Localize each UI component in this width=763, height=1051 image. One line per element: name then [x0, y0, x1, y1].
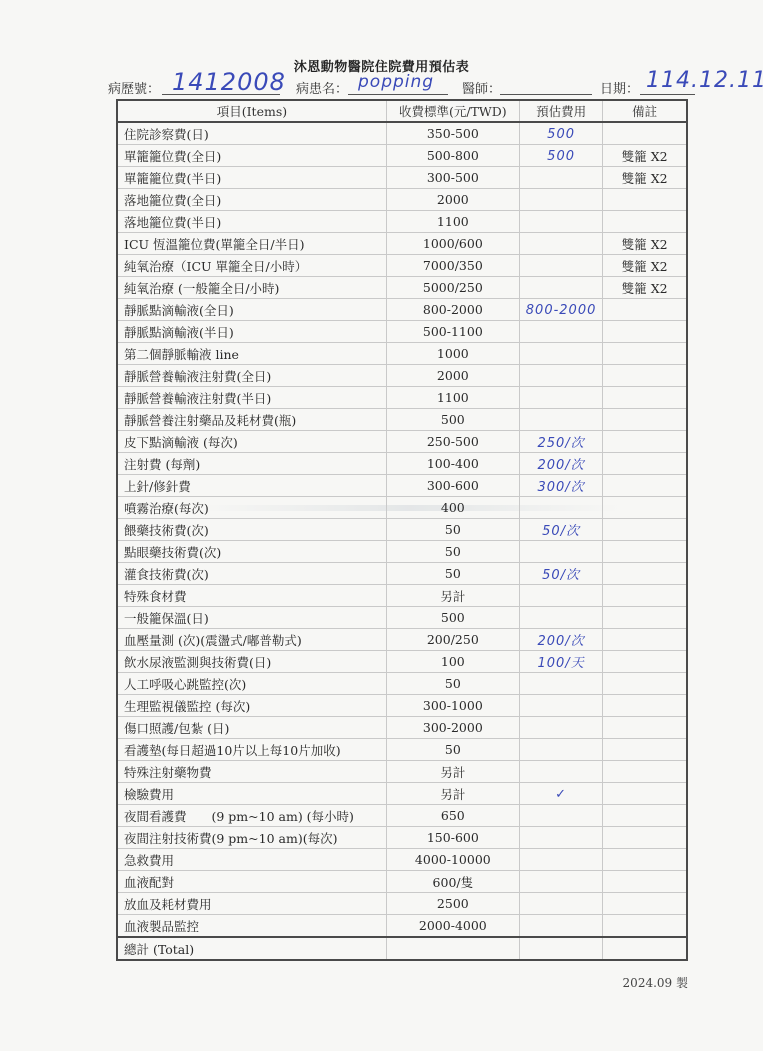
standard-cell: 500-800	[386, 145, 519, 167]
note-cell[interactable]	[603, 607, 687, 629]
standard-cell: 1000/600	[386, 233, 519, 255]
table-row: 一般籠保溫(日)500	[117, 607, 687, 629]
standard-cell: 50	[386, 541, 519, 563]
item-cell: 檢驗費用	[117, 783, 386, 805]
item-cell: 血液製品監控	[117, 915, 386, 938]
header-fields: 病歷號： 1412008 病患名： popping 醫師： 日期： 114.12…	[0, 72, 763, 98]
standard-cell: 800-2000	[386, 299, 519, 321]
record-no-value[interactable]: 1412008	[172, 68, 286, 96]
table-row: 落地籠位費(半日)1100	[117, 211, 687, 233]
estimate-cell[interactable]	[519, 189, 603, 211]
note-cell[interactable]	[603, 211, 687, 233]
estimate-cell[interactable]	[519, 211, 603, 233]
item-cell: 點眼藥技術費(次)	[117, 541, 386, 563]
total-row: 總計 (Total)	[117, 937, 687, 960]
note-cell[interactable]	[603, 651, 687, 673]
item-cell: 靜脈營養輸液注射費(全日)	[117, 365, 386, 387]
note-cell[interactable]	[603, 431, 687, 453]
estimate-cell[interactable]	[519, 387, 603, 409]
estimate-cell[interactable]	[519, 695, 603, 717]
standard-cell: 1100	[386, 387, 519, 409]
estimate-cell[interactable]	[519, 805, 603, 827]
item-cell: 靜脈營養輸液注射費(半日)	[117, 387, 386, 409]
standard-cell: 2500	[386, 893, 519, 915]
standard-cell: 另計	[386, 585, 519, 607]
note-cell[interactable]	[603, 761, 687, 783]
standard-cell: 1000	[386, 343, 519, 365]
item-cell: 飲水尿液監測與技術費(日)	[117, 651, 386, 673]
date-label: 日期：	[600, 78, 639, 97]
table-row: 噴霧治療(每次)400	[117, 497, 687, 519]
patient-name-label: 病患名：	[296, 78, 348, 97]
table-row: 夜間看護費 (9 pm~10 am) (每小時)650	[117, 805, 687, 827]
note-cell[interactable]	[603, 541, 687, 563]
doctor-underline	[500, 94, 592, 95]
patient-name-value[interactable]: popping	[358, 72, 434, 92]
table-row: 第二個靜脈輸液 line1000	[117, 343, 687, 365]
item-cell: 看護墊(每日超過10片以上每10片加收)	[117, 739, 386, 761]
estimate-cell[interactable]	[519, 717, 603, 739]
standard-cell: 500-1100	[386, 321, 519, 343]
table-row: 血液配對600/隻	[117, 871, 687, 893]
handwritten-estimate: 100/天	[537, 656, 584, 671]
estimate-cell[interactable]	[519, 409, 603, 431]
note-cell[interactable]: 雙籠 X2	[603, 233, 687, 255]
table-row: 注射費 (每劑)100-400200/次	[117, 453, 687, 475]
standard-cell: 200/250	[386, 629, 519, 651]
patient-name-underline	[348, 94, 448, 95]
standard-cell: 250-500	[386, 431, 519, 453]
table-row: 住院診察費(日)350-500500	[117, 122, 687, 145]
table-row: ICU 恆溫籠位費(單籠全日/半日)1000/600雙籠 X2	[117, 233, 687, 255]
table-row: 夜間注射技術費(9 pm~10 am)(每次)150-600	[117, 827, 687, 849]
estimate-cell[interactable]	[519, 827, 603, 849]
standard-cell: 300-2000	[386, 717, 519, 739]
item-cell: 灌食技術費(次)	[117, 563, 386, 585]
table-row: 餵藥技術費(次)5050/次	[117, 519, 687, 541]
standard-cell: 150-600	[386, 827, 519, 849]
item-cell: 血壓量測 (次)(震盪式/嘟普勒式)	[117, 629, 386, 651]
standard-cell: 650	[386, 805, 519, 827]
table-row: 皮下點滴輸液 (每次)250-500250/次	[117, 431, 687, 453]
table-row: 單籠籠位費(全日)500-800500雙籠 X2	[117, 145, 687, 167]
handwritten-estimate: ✓	[555, 787, 567, 802]
standard-cell: 300-1000	[386, 695, 519, 717]
note-cell[interactable]	[603, 563, 687, 585]
note-cell[interactable]	[603, 827, 687, 849]
standard-cell: 另計	[386, 761, 519, 783]
item-cell: 上針/修針費	[117, 475, 386, 497]
header-note: 備註	[603, 100, 687, 122]
footer-version: 2024.09 製	[623, 974, 688, 991]
note-cell[interactable]	[603, 365, 687, 387]
item-cell: 靜脈點滴輸液(全日)	[117, 299, 386, 321]
note-cell[interactable]	[603, 122, 687, 145]
table-row: 特殊食材費另計	[117, 585, 687, 607]
fee-estimate-table: 項目(Items) 收費標準(元/TWD) 預估費用 備註 住院診察費(日)35…	[116, 99, 688, 961]
note-cell[interactable]	[603, 717, 687, 739]
estimate-cell[interactable]	[519, 167, 603, 189]
estimate-cell[interactable]: 250/次	[519, 431, 603, 453]
note-cell[interactable]	[603, 673, 687, 695]
note-cell[interactable]	[603, 387, 687, 409]
estimate-cell[interactable]: 800-2000	[519, 299, 603, 321]
table-row: 純氧治療 (一般籠全日/小時)5000/250雙籠 X2	[117, 277, 687, 299]
standard-cell: 300-600	[386, 475, 519, 497]
standard-cell: 600/隻	[386, 871, 519, 893]
note-cell[interactable]	[603, 739, 687, 761]
estimate-cell[interactable]	[519, 277, 603, 299]
standard-cell: 400	[386, 497, 519, 519]
total-standard	[386, 937, 519, 960]
total-note[interactable]	[603, 937, 687, 960]
estimate-cell[interactable]	[519, 915, 603, 938]
table-row: 檢驗費用另計✓	[117, 783, 687, 805]
handwritten-estimate: 500	[547, 149, 575, 164]
item-cell: 人工呼吸心跳監控(次)	[117, 673, 386, 695]
table-row: 靜脈營養輸液注射費(半日)1100	[117, 387, 687, 409]
handwritten-estimate: 200/次	[537, 458, 584, 473]
standard-cell: 另計	[386, 783, 519, 805]
estimate-cell[interactable]: 200/次	[519, 453, 603, 475]
table-row: 上針/修針費300-600300/次	[117, 475, 687, 497]
date-value[interactable]: 114.12.11	[646, 68, 763, 93]
standard-cell: 350-500	[386, 122, 519, 145]
item-cell: 夜間注射技術費(9 pm~10 am)(每次)	[117, 827, 386, 849]
standard-cell: 500	[386, 607, 519, 629]
note-cell[interactable]	[603, 629, 687, 651]
note-cell[interactable]	[603, 497, 687, 519]
item-cell: 靜脈營養注射藥品及耗材費(瓶)	[117, 409, 386, 431]
table-row: 飲水尿液監測與技術費(日)100100/天	[117, 651, 687, 673]
estimate-cell[interactable]	[519, 321, 603, 343]
item-cell: 第二個靜脈輸液 line	[117, 343, 386, 365]
standard-cell: 50	[386, 563, 519, 585]
note-cell[interactable]	[603, 849, 687, 871]
note-cell[interactable]	[603, 915, 687, 938]
note-cell[interactable]	[603, 893, 687, 915]
handwritten-estimate: 50/次	[542, 524, 580, 539]
table-row: 生理監視儀監控 (每次)300-1000	[117, 695, 687, 717]
item-cell: 特殊食材費	[117, 585, 386, 607]
note-cell[interactable]	[603, 475, 687, 497]
item-cell: 住院診察費(日)	[117, 122, 386, 145]
item-cell: 急救費用	[117, 849, 386, 871]
note-cell[interactable]	[603, 453, 687, 475]
table-row: 靜脈點滴輸液(全日)800-2000800-2000	[117, 299, 687, 321]
standard-cell: 5000/250	[386, 277, 519, 299]
estimate-cell[interactable]	[519, 849, 603, 871]
table-body: 住院診察費(日)350-500500單籠籠位費(全日)500-800500雙籠 …	[117, 122, 687, 937]
note-cell[interactable]	[603, 783, 687, 805]
handwritten-estimate: 50/次	[542, 568, 580, 583]
note-cell[interactable]	[603, 189, 687, 211]
estimate-cell[interactable]	[519, 761, 603, 783]
estimate-cell[interactable]	[519, 497, 603, 519]
estimate-cell[interactable]: 500	[519, 145, 603, 167]
item-cell: 落地籠位費(半日)	[117, 211, 386, 233]
note-cell[interactable]	[603, 409, 687, 431]
table-row: 純氧治療（ICU 單籠全日/小時）7000/350雙籠 X2	[117, 255, 687, 277]
table-row: 靜脈營養輸液注射費(全日)2000	[117, 365, 687, 387]
standard-cell: 100	[386, 651, 519, 673]
estimate-cell[interactable]: 100/天	[519, 651, 603, 673]
item-cell: 放血及耗材費用	[117, 893, 386, 915]
table-row: 血壓量測 (次)(震盪式/嘟普勒式)200/250200/次	[117, 629, 687, 651]
note-cell[interactable]	[603, 805, 687, 827]
table-row: 灌食技術費(次)5050/次	[117, 563, 687, 585]
note-cell[interactable]: 雙籠 X2	[603, 145, 687, 167]
item-cell: 單籠籠位費(全日)	[117, 145, 386, 167]
table-row: 單籠籠位費(半日)300-500雙籠 X2	[117, 167, 687, 189]
note-cell[interactable]	[603, 519, 687, 541]
date-underline	[640, 94, 695, 95]
record-no-label: 病歷號：	[108, 78, 160, 97]
item-cell: 餵藥技術費(次)	[117, 519, 386, 541]
item-cell: 傷口照護/包紮 (日)	[117, 717, 386, 739]
note-cell[interactable]	[603, 299, 687, 321]
estimate-cell[interactable]: 50/次	[519, 563, 603, 585]
estimate-cell[interactable]	[519, 541, 603, 563]
standard-cell: 50	[386, 673, 519, 695]
standard-cell: 500	[386, 409, 519, 431]
estimate-cell[interactable]: 200/次	[519, 629, 603, 651]
handwritten-estimate: 250/次	[537, 436, 584, 451]
table-row: 傷口照護/包紮 (日)300-2000	[117, 717, 687, 739]
standard-cell: 50	[386, 739, 519, 761]
handwritten-estimate: 300/次	[537, 480, 584, 495]
item-cell: 生理監視儀監控 (每次)	[117, 695, 386, 717]
header-standard: 收費標準(元/TWD)	[386, 100, 519, 122]
item-cell: 特殊注射藥物費	[117, 761, 386, 783]
item-cell: 純氧治療 (一般籠全日/小時)	[117, 277, 386, 299]
item-cell: 一般籠保溫(日)	[117, 607, 386, 629]
note-cell[interactable]	[603, 695, 687, 717]
note-cell[interactable]: 雙籠 X2	[603, 167, 687, 189]
table-row: 血液製品監控2000-4000	[117, 915, 687, 938]
standard-cell: 2000	[386, 189, 519, 211]
standard-cell: 300-500	[386, 167, 519, 189]
standard-cell: 50	[386, 519, 519, 541]
item-cell: 純氧治療（ICU 單籠全日/小時）	[117, 255, 386, 277]
note-cell[interactable]	[603, 343, 687, 365]
handwritten-estimate: 500	[547, 127, 575, 142]
item-cell: 靜脈點滴輸液(半日)	[117, 321, 386, 343]
table-row: 放血及耗材費用2500	[117, 893, 687, 915]
note-cell[interactable]: 雙籠 X2	[603, 255, 687, 277]
table-row: 點眼藥技術費(次)50	[117, 541, 687, 563]
estimate-cell[interactable]	[519, 871, 603, 893]
item-cell: 血液配對	[117, 871, 386, 893]
total-label: 總計 (Total)	[117, 937, 386, 960]
item-cell: 單籠籠位費(半日)	[117, 167, 386, 189]
doctor-label: 醫師：	[462, 78, 501, 97]
item-cell: 落地籠位費(全日)	[117, 189, 386, 211]
estimate-cell[interactable]	[519, 365, 603, 387]
table-row: 落地籠位費(全日)2000	[117, 189, 687, 211]
standard-cell: 100-400	[386, 453, 519, 475]
record-no-underline	[162, 94, 280, 95]
estimate-cell[interactable]	[519, 343, 603, 365]
estimate-cell[interactable]	[519, 673, 603, 695]
standard-cell: 1100	[386, 211, 519, 233]
note-cell[interactable]	[603, 321, 687, 343]
table-row: 看護墊(每日超過10片以上每10片加收)50	[117, 739, 687, 761]
estimate-cell[interactable]	[519, 255, 603, 277]
estimate-cell[interactable]	[519, 607, 603, 629]
total-estimate[interactable]	[519, 937, 603, 960]
estimate-cell[interactable]	[519, 585, 603, 607]
table-row: 人工呼吸心跳監控(次)50	[117, 673, 687, 695]
table-row: 靜脈點滴輸液(半日)500-1100	[117, 321, 687, 343]
table-row: 特殊注射藥物費另計	[117, 761, 687, 783]
note-cell[interactable]	[603, 585, 687, 607]
table-row: 靜脈營養注射藥品及耗材費(瓶)500	[117, 409, 687, 431]
item-cell: 夜間看護費 (9 pm~10 am) (每小時)	[117, 805, 386, 827]
estimate-cell[interactable]: 300/次	[519, 475, 603, 497]
estimate-cell[interactable]: ✓	[519, 783, 603, 805]
item-cell: 注射費 (每劑)	[117, 453, 386, 475]
item-cell: 噴霧治療(每次)	[117, 497, 386, 519]
estimate-cell[interactable]	[519, 233, 603, 255]
estimate-cell[interactable]	[519, 739, 603, 761]
standard-cell: 4000-10000	[386, 849, 519, 871]
table-row: 急救費用4000-10000	[117, 849, 687, 871]
handwritten-estimate: 800-2000	[526, 303, 597, 318]
estimate-cell[interactable]	[519, 893, 603, 915]
standard-cell: 2000	[386, 365, 519, 387]
estimate-cell[interactable]: 50/次	[519, 519, 603, 541]
item-cell: ICU 恆溫籠位費(單籠全日/半日)	[117, 233, 386, 255]
handwritten-estimate: 200/次	[537, 634, 584, 649]
table-header-row: 項目(Items) 收費標準(元/TWD) 預估費用 備註	[117, 100, 687, 122]
note-cell[interactable]	[603, 871, 687, 893]
estimate-cell[interactable]: 500	[519, 122, 603, 145]
item-cell: 皮下點滴輸液 (每次)	[117, 431, 386, 453]
header-estimate: 預估費用	[519, 100, 603, 122]
standard-cell: 2000-4000	[386, 915, 519, 938]
note-cell[interactable]: 雙籠 X2	[603, 277, 687, 299]
standard-cell: 7000/350	[386, 255, 519, 277]
header-items: 項目(Items)	[117, 100, 386, 122]
